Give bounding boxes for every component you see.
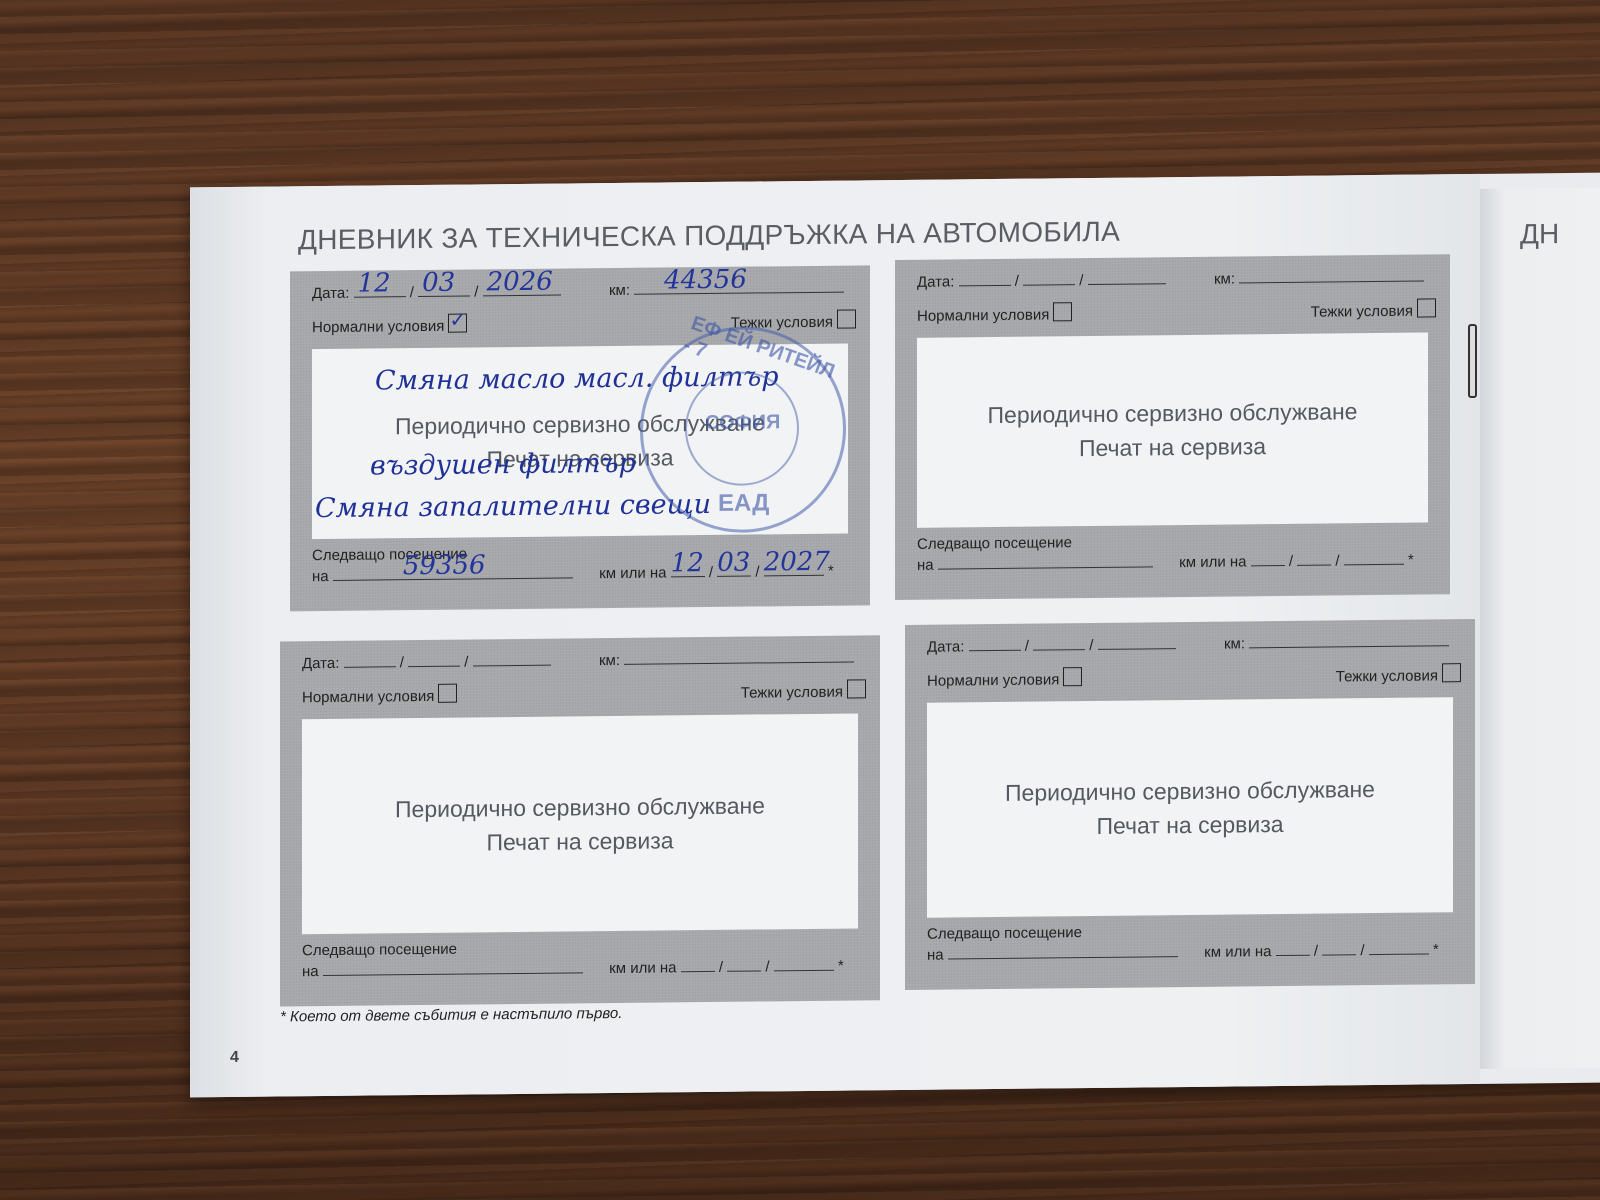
next-km-field[interactable]	[948, 942, 1178, 959]
date-km-row: Дата: / / км:	[927, 631, 1461, 656]
stamp-label: Печат на сервиза	[1096, 806, 1283, 842]
km-label: км:	[599, 652, 620, 669]
km-label: км:	[1214, 270, 1235, 287]
severe-conditions-label: Тежки условия	[741, 684, 843, 702]
stamp-label: Печат на сервиза	[1079, 429, 1266, 465]
date-label: Дата:	[312, 285, 349, 302]
date-day-field[interactable]	[344, 652, 396, 668]
conditions-row: Нормални условия Тежки условия	[927, 663, 1461, 690]
next-day-field[interactable]: 12	[671, 562, 705, 577]
date-label: Дата:	[927, 638, 964, 655]
next-month-field[interactable]	[1322, 940, 1356, 955]
page-number: 4	[230, 1049, 239, 1067]
date-label: Дата:	[302, 655, 339, 672]
next-year-field[interactable]	[1344, 550, 1404, 566]
next-visit-row: Следващо посещение на км или на / / *	[302, 936, 866, 980]
conditions-row: Нормални условия Тежки условия	[917, 298, 1436, 324]
date-km-row: Дата: / / км:	[302, 647, 866, 672]
handwritten-note: Смяна запалителни свещи	[315, 489, 711, 524]
date-km-row: Дата: 12 / 03 / 2026 км: 44356	[312, 277, 856, 302]
right-page-title-fragment: ДН	[1520, 218, 1559, 250]
next-day-field[interactable]	[1251, 551, 1285, 566]
next-day-field[interactable]	[1276, 941, 1310, 956]
km-field[interactable]	[624, 647, 854, 664]
date-day-field[interactable]	[969, 636, 1021, 652]
service-stamp-area: Периодично сервизно обслужване Печат на …	[917, 332, 1428, 527]
next-year-field[interactable]	[1369, 939, 1429, 955]
date-year-field[interactable]	[473, 651, 551, 667]
staple-icon	[1468, 324, 1477, 398]
next-month-field[interactable]: 03	[717, 562, 751, 577]
normal-conditions-label: Нормални условия	[302, 688, 434, 706]
normal-conditions-label: Нормални условия	[312, 318, 444, 336]
date-year-field[interactable]: 2026	[483, 281, 561, 297]
next-month-field[interactable]	[727, 956, 761, 971]
severe-conditions-label: Тежки условия	[1336, 667, 1438, 685]
page-title: ДНЕВНИК ЗА ТЕХНИЧЕСКА ПОДДРЪЖКА НА АВТОМ…	[298, 216, 1120, 257]
date-year-field[interactable]	[1088, 269, 1166, 285]
service-label: Периодично сервизно обслужване	[1005, 772, 1375, 810]
normal-conditions-checkbox[interactable]	[1053, 302, 1072, 321]
km-field[interactable]	[1249, 631, 1449, 648]
normal-conditions-checkbox[interactable]	[438, 684, 457, 703]
handwritten-note: въздушен филтър	[370, 448, 636, 482]
next-year-field[interactable]: 2027	[764, 561, 824, 577]
service-stamp-area: Периодично сервизно обслужване Печат на …	[927, 697, 1453, 918]
date-day-field[interactable]	[959, 271, 1011, 287]
service-entry: Дата: / / км: Нормални условия Тежки усл…	[895, 254, 1450, 600]
next-km-field[interactable]	[323, 958, 583, 976]
severe-conditions-checkbox[interactable]	[1442, 663, 1461, 682]
next-km-field[interactable]: 59356	[333, 563, 573, 581]
severe-conditions-checkbox[interactable]	[837, 309, 856, 328]
date-label: Дата:	[917, 273, 954, 290]
service-entry: Дата: / / км: Нормални условия Тежки усл…	[280, 635, 880, 1006]
date-month-field[interactable]: 03	[418, 282, 470, 298]
maintenance-logbook: ДНЕВНИК ЗА ТЕХНИЧЕСКА ПОДДРЪЖКА НА АВТОМ…	[190, 173, 1600, 1098]
service-stamp-area: Периодично сервизно обслужване Печат на …	[302, 713, 858, 934]
service-entry: Дата: 12 / 03 / 2026 км: 44356 Нормални …	[290, 265, 870, 611]
normal-conditions-checkbox[interactable]	[1063, 667, 1082, 686]
next-visit-row: Следващо посещение на км или на / / *	[917, 530, 1436, 573]
right-page: ДН	[1480, 188, 1600, 1069]
service-label: Периодично сервизно обслужване	[395, 788, 765, 826]
next-visit-row: Следващо посещение на 59356 км или на 12…	[312, 541, 856, 585]
next-visit-row: Следващо посещение на км или на / / *	[927, 920, 1461, 964]
conditions-row: Нормални условия Тежки условия	[302, 679, 866, 706]
left-page: ДНЕВНИК ЗА ТЕХНИЧЕСКА ПОДДРЪЖКА НА АВТОМ…	[190, 174, 1480, 1098]
service-entry: Дата: / / км: Нормални условия Тежки усл…	[905, 619, 1475, 990]
severe-conditions-checkbox[interactable]	[1417, 298, 1436, 317]
normal-conditions-label: Нормални условия	[927, 671, 1059, 689]
severe-conditions-label: Тежки условия	[1311, 303, 1413, 321]
severe-conditions-checkbox[interactable]	[847, 679, 866, 698]
km-field[interactable]	[1239, 267, 1424, 284]
service-label: Периодично сервизно обслужване	[988, 394, 1358, 432]
date-month-field[interactable]	[1033, 635, 1085, 651]
normal-conditions-checkbox[interactable]	[448, 314, 467, 333]
stamp-label: Печат на сервиза	[486, 823, 673, 859]
next-day-field[interactable]	[681, 957, 715, 972]
normal-conditions-label: Нормални условия	[917, 306, 1049, 324]
next-year-field[interactable]	[774, 956, 834, 972]
km-label: км:	[609, 282, 630, 299]
next-km-field[interactable]	[938, 552, 1153, 569]
km-field[interactable]: 44356	[634, 278, 844, 295]
footnote: * Което от двете събития е настъпило пър…	[280, 1005, 622, 1026]
date-month-field[interactable]	[1023, 270, 1075, 286]
date-month-field[interactable]	[408, 652, 460, 668]
date-day-field[interactable]: 12	[354, 282, 406, 298]
km-label: км:	[1224, 635, 1245, 652]
date-km-row: Дата: / / км:	[917, 266, 1436, 290]
next-month-field[interactable]	[1297, 550, 1331, 565]
date-year-field[interactable]	[1098, 634, 1176, 650]
